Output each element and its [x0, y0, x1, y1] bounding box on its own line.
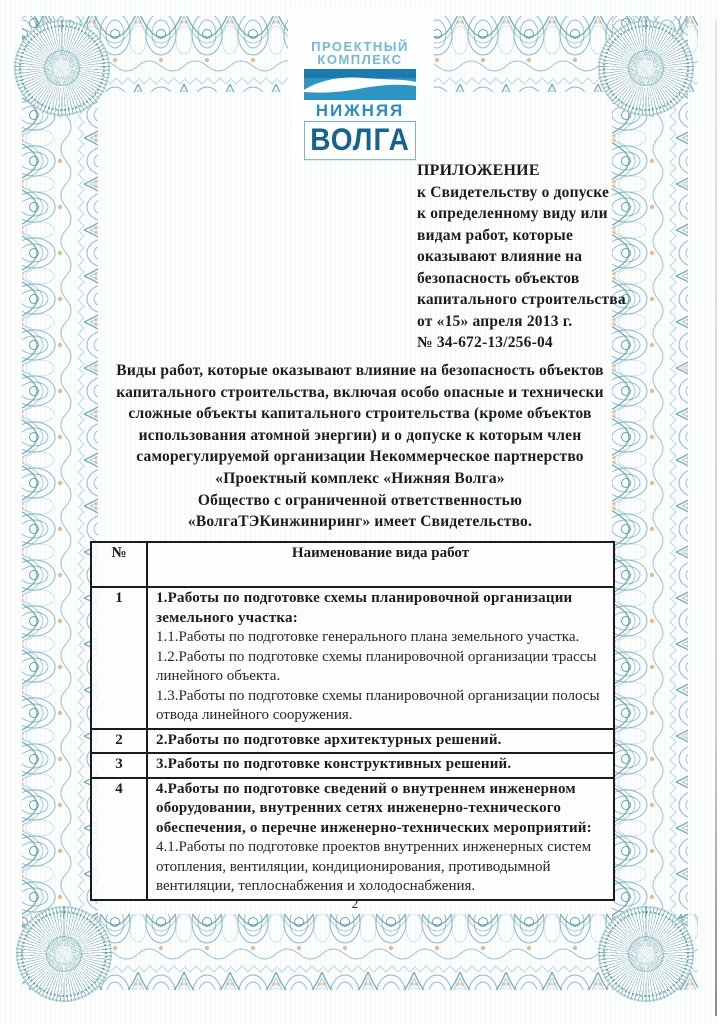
row-number: 2: [91, 729, 147, 754]
rosette-bottom-left: [16, 906, 112, 1002]
table-row: 2 2.Работы по подготовке архитектурных р…: [91, 729, 614, 754]
logo-text-nizhnyaya: НИЖНЯЯ: [295, 102, 425, 120]
rosette-top-left: [14, 20, 110, 116]
appendix-number-line: № 34-672-13/256-04: [417, 332, 679, 354]
row-number: 1: [91, 587, 147, 729]
rosette-top-right: [598, 20, 694, 116]
table-row: 4 4.Работы по подготовке сведений о внут…: [91, 778, 614, 900]
row-content: 4.Работы по подготовке сведений о внутре…: [147, 778, 614, 900]
work-title: 3.Работы по подготовке конструктивных ре…: [156, 755, 605, 775]
intro-line: сложные объекты капитального строительст…: [80, 403, 640, 425]
row-number: 4: [91, 778, 147, 900]
table-row: 3 3.Работы по подготовке конструктивных …: [91, 753, 614, 778]
appendix-header-block: ПРИЛОЖЕНИЕ к Свидетельству о допуске к о…: [417, 160, 679, 354]
rosette-bottom-right: [598, 906, 694, 1002]
column-header-number: №: [91, 542, 147, 587]
row-content: 3.Работы по подготовке конструктивных ре…: [147, 753, 614, 778]
intro-line: капитального строительства, включая особ…: [80, 382, 640, 404]
row-number: 3: [91, 753, 147, 778]
intro-line: Виды работ, которые оказывают влияние на…: [80, 360, 640, 382]
document-page: ПРОЕКТНЫЙ КОМПЛЕКС НИЖНЯЯ ВОЛГА ПРИЛОЖЕН…: [0, 0, 720, 1024]
row-content: 1.Работы по подготовке схемы планировочн…: [147, 587, 614, 729]
intro-line: использования атомной энергии) и о допус…: [80, 425, 640, 447]
column-header-name: Наименование вида работ: [147, 542, 614, 587]
works-table: № Наименование вида работ 1 1.Работы по …: [90, 541, 615, 901]
appendix-title: ПРИЛОЖЕНИЕ: [417, 160, 679, 182]
table-header-row: № Наименование вида работ: [91, 542, 614, 587]
appendix-line: безопасность объектов: [417, 268, 679, 290]
logo-text-kompleks: КОМПЛЕКС: [295, 53, 425, 66]
work-item: 1.2.Работы по подготовке схемы планирово…: [156, 648, 605, 687]
wave-icon: [304, 69, 416, 100]
work-item: 1.1.Работы по подготовке генерального пл…: [156, 628, 605, 648]
logo-text-volga: ВОЛГА: [304, 121, 416, 160]
intro-paragraph: Виды работ, которые оказывают влияние на…: [80, 360, 640, 533]
intro-line: Общество с ограниченной ответственностью: [80, 490, 640, 512]
intro-line: «Проектный комплекс «Нижняя Волга»: [80, 468, 640, 490]
appendix-line: видам работ, которые: [417, 225, 679, 247]
appendix-line: капитального строительства: [417, 289, 679, 311]
intro-line: саморегулируемой организации Некоммерчес…: [80, 446, 640, 468]
appendix-line: к Свидетельству о допуске: [417, 182, 679, 204]
appendix-line: оказывают влияние на: [417, 246, 679, 268]
scan-edge-artifact: [715, 20, 717, 1016]
page-number: 2: [0, 896, 710, 912]
row-content: 2.Работы по подготовке архитектурных реш…: [147, 729, 614, 754]
appendix-line: к определенному виду или: [417, 203, 679, 225]
work-title: 1.Работы по подготовке схемы планировочн…: [156, 589, 605, 628]
work-title: 4.Работы по подготовке сведений о внутре…: [156, 780, 605, 839]
work-title: 2.Работы по подготовке архитектурных реш…: [156, 731, 605, 751]
company-logo: ПРОЕКТНЫЙ КОМПЛЕКС НИЖНЯЯ ВОЛГА: [295, 38, 425, 158]
work-item: 4.1.Работы по подготовке проектов внутре…: [156, 838, 605, 897]
intro-line: «ВолгаТЭКинжиниринг» имеет Свидетельство…: [80, 511, 640, 533]
work-item: 1.3.Работы по подготовке схемы планирово…: [156, 687, 605, 726]
appendix-date-line: от «15» апреля 2013 г.: [417, 311, 679, 333]
table-row: 1 1.Работы по подготовке схемы планирово…: [91, 587, 614, 729]
